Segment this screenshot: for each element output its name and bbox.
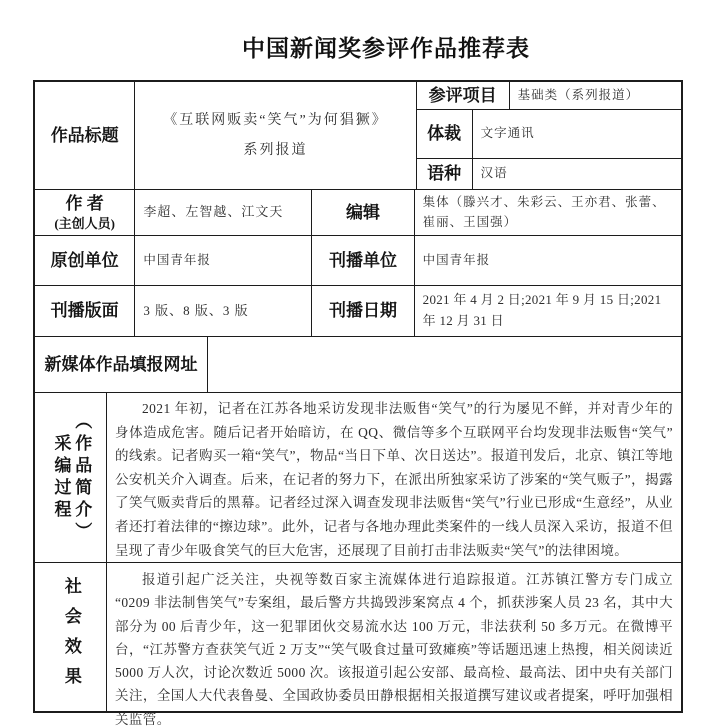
- work-title-line1: 《互联网贩卖“笑气”为何猖獗》: [163, 106, 387, 135]
- row-author-editor: 作 者 (主创人员) 李超、左智越、江文天 编辑 集体（滕兴才、朱彩云、王亦君、…: [35, 190, 681, 236]
- social-effect-cell: 报道引起广泛关注，央视等数百家主流媒体进行追踪报道。江苏镇江警方专门成立“020…: [107, 563, 681, 711]
- page-title: 中国新闻奖参评作品推荐表: [0, 30, 714, 63]
- publish-unit-value: 中国青年报: [415, 236, 681, 285]
- process-intro-label: 采编过程 （作品简介）: [35, 393, 107, 562]
- author-label-line2: (主创人员): [54, 216, 115, 232]
- editor-value: 集体（滕兴才、朱彩云、王亦君、张蕾、崔丽、王国强）: [415, 190, 681, 235]
- language-label: 语种: [417, 159, 473, 189]
- work-title-line2: 系列报道: [163, 136, 387, 165]
- original-unit-label: 原创单位: [35, 236, 135, 285]
- genre-label: 体裁: [417, 110, 473, 158]
- process-intro-label-col1: 采编过程: [51, 434, 70, 522]
- author-label: 作 者 (主创人员): [35, 190, 135, 235]
- recommendation-table: 作品标题 《互联网贩卖“笑气”为何猖獗》 系列报道 参评项目 基础类（系列报道）…: [33, 80, 683, 713]
- author-label-line1: 作 者: [66, 193, 104, 214]
- social-effect-label: 社会效果: [35, 563, 107, 711]
- entry-category-label: 参评项目: [417, 82, 510, 109]
- new-media-url-label: 新媒体作品填报网址: [35, 337, 208, 392]
- process-intro-paragraph: 2021 年初，记者在江苏各地采访发现非法贩售“笑气”的行为屡见不鲜，并对青少年…: [107, 393, 681, 564]
- row-genre: 体裁 文字通讯: [417, 110, 681, 159]
- publish-page-value: 3 版、8 版、3 版: [135, 286, 312, 336]
- original-unit-value: 中国青年报: [135, 236, 312, 285]
- row-process-intro: 采编过程 （作品简介） 2021 年初，记者在江苏各地采访发现非法贩售“笑气”的…: [35, 393, 681, 563]
- row-new-media-url: 新媒体作品填报网址: [35, 337, 681, 393]
- work-title-value: 《互联网贩卖“笑气”为何猖獗》 系列报道: [135, 82, 416, 189]
- author-value: 李超、左智越、江文天: [135, 190, 312, 235]
- row-social-effect: 社会效果 报道引起广泛关注，央视等数百家主流媒体进行追踪报道。江苏镇江警方专门成…: [35, 563, 681, 711]
- row-page-date: 刊播版面 3 版、8 版、3 版 刊播日期 2021 年 4 月 2 日;202…: [35, 286, 681, 337]
- genre-value: 文字通讯: [473, 110, 681, 158]
- row1-right-group: 参评项目 基础类（系列报道） 体裁 文字通讯 语种 汉语: [417, 82, 681, 189]
- entry-category-value: 基础类（系列报道）: [510, 82, 681, 109]
- publish-page-label: 刊播版面: [35, 286, 135, 336]
- publish-unit-label: 刊播单位: [312, 236, 414, 285]
- row-units: 原创单位 中国青年报 刊播单位 中国青年报: [35, 236, 681, 286]
- editor-label: 编辑: [312, 190, 414, 235]
- process-intro-cell: 2021 年初，记者在江苏各地采访发现非法贩售“笑气”的行为屡见不鲜，并对青少年…: [107, 393, 681, 562]
- new-media-url-value: [208, 337, 681, 392]
- work-title-label: 作品标题: [35, 82, 135, 189]
- document-page: 中国新闻奖参评作品推荐表 作品标题 《互联网贩卖“笑气”为何猖獗》 系列报道 参…: [0, 0, 714, 726]
- row-language: 语种 汉语: [417, 159, 681, 189]
- language-value: 汉语: [473, 159, 681, 189]
- process-intro-label-col2: （作品简介）: [72, 412, 91, 544]
- publish-date-label: 刊播日期: [312, 286, 414, 336]
- publish-date-value: 2021 年 4 月 2 日;2021 年 9 月 15 日;2021 年 12…: [415, 286, 681, 336]
- row-work-title: 作品标题 《互联网贩卖“笑气”为何猖獗》 系列报道 参评项目 基础类（系列报道）…: [35, 82, 681, 190]
- social-effect-paragraph: 报道引起广泛关注，央视等数百家主流媒体进行追踪报道。江苏镇江警方专门成立“020…: [107, 563, 681, 726]
- row-entry-category: 参评项目 基础类（系列报道）: [417, 82, 681, 110]
- social-effect-label-text: 社会效果: [61, 577, 80, 697]
